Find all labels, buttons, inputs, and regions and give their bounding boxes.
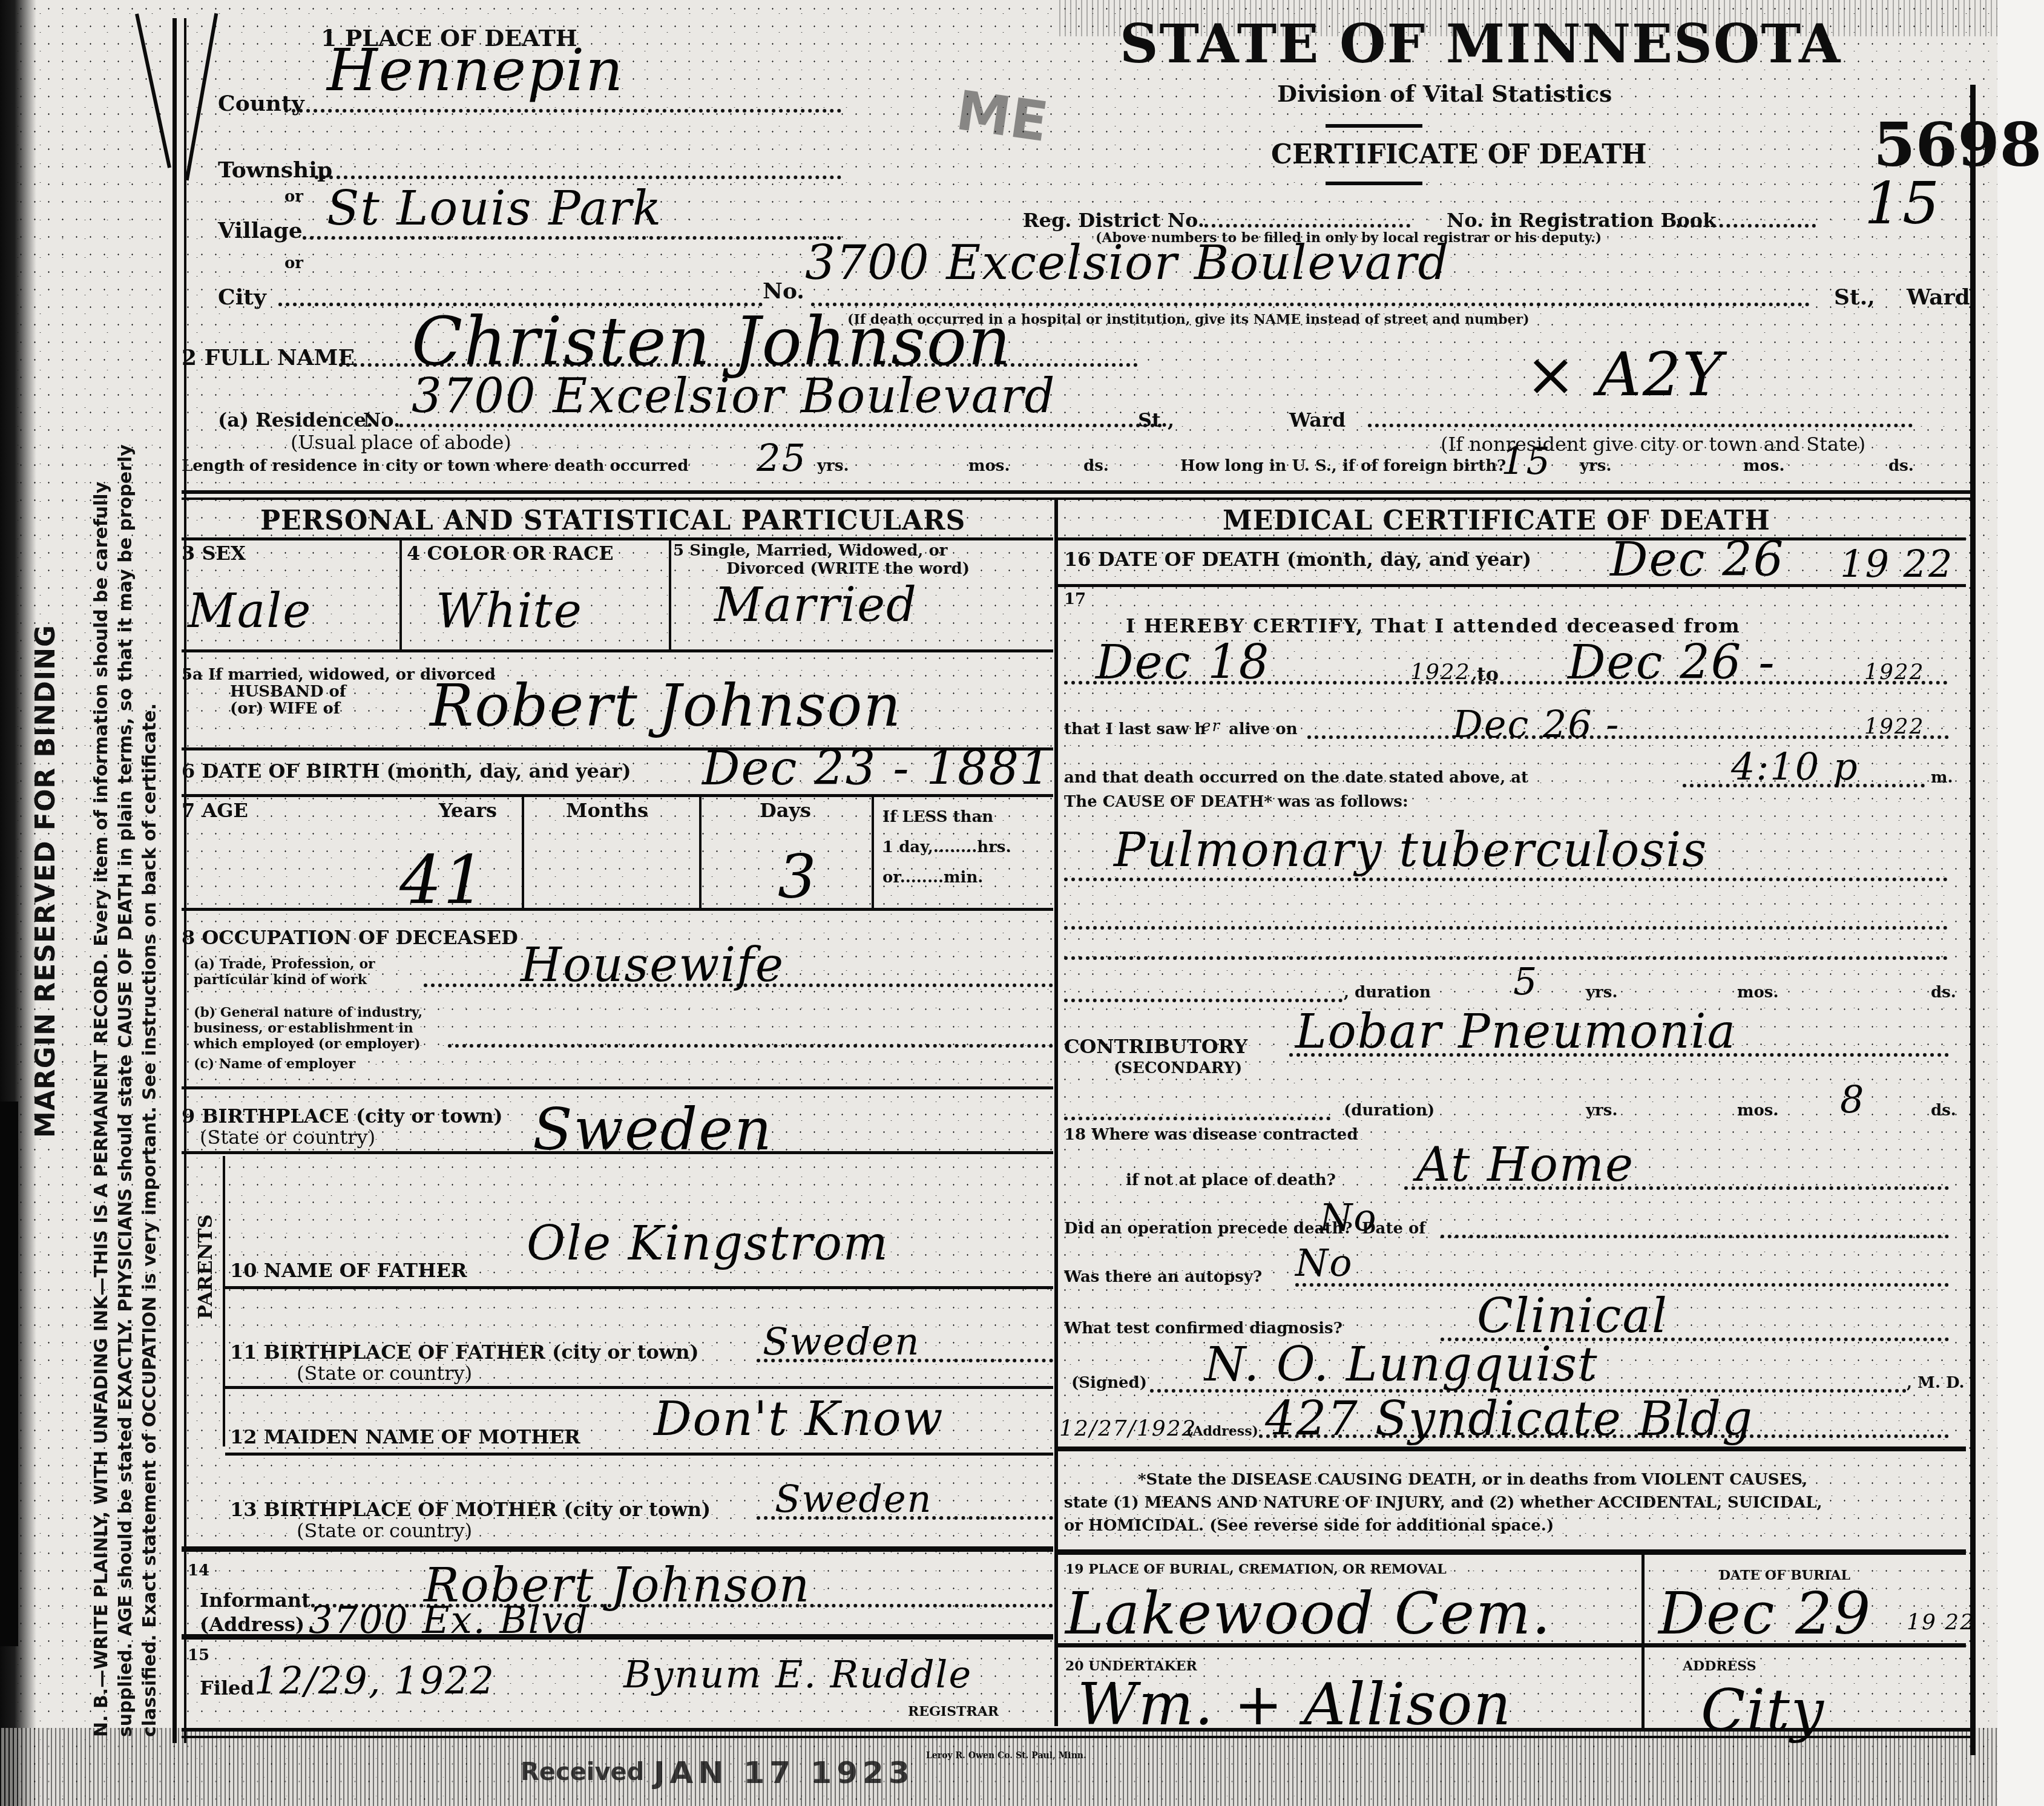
occupation-b-line [448,1044,1053,1048]
footnote-2: state (1) MEANS AND NATURE OF INJURY, an… [1064,1494,1822,1512]
undertaker-value: Wm. + Allison [1077,1670,1512,1738]
md-label: , M. D. [1907,1374,1965,1392]
secondary-label: (SECONDARY) [1114,1059,1242,1077]
duration2-lead-line [1064,1117,1330,1120]
rule [182,794,1053,797]
rule [182,1086,1053,1089]
title-rule [1326,124,1422,128]
item-18-label: 18 Where was disease contracted [1064,1126,1358,1144]
column-divider [1054,497,1058,1726]
frame-left-inner [184,18,186,1743]
street-ward-label: Ward [1907,284,1970,310]
cause-line-3 [1064,956,1948,960]
length-yrs-label: yrs. [817,457,849,475]
us-ds-label: ds. [1888,457,1914,475]
residence-line [399,424,1162,427]
dod-value: Dec 26 [1610,533,1784,587]
burial-divider [1641,1552,1645,1731]
burial-place-value: Lakewood Cem. [1065,1580,1552,1647]
title-rule [1326,182,1422,185]
informant-number: 14 [188,1561,209,1580]
length-mos-label: mos. [968,457,1010,475]
less-label-3: or........min. [882,869,983,887]
length-ds-label: ds. [1083,457,1109,475]
dob-label: 6 DATE OF BIRTH (month, day, and year) [182,760,631,783]
us-yrs-label: yrs. [1580,457,1612,475]
last-saw-line [1307,735,1949,739]
header-divider [182,490,1973,494]
marital-label-2: Divorced (WRITE the word) [726,560,970,578]
residence-st-label: St., [1138,409,1174,432]
township-line [315,176,841,179]
filed-label: Filed [200,1676,254,1699]
cause-label: The CAUSE OF DEATH* was as follows: [1064,793,1408,811]
mother-bp-sub: (State or country) [297,1519,472,1542]
date-of-label: Date of [1362,1220,1426,1238]
village-line [303,236,841,240]
duration-lead-line [1064,999,1342,1002]
filed-number: 15 [188,1646,209,1664]
personal-heading: PERSONAL AND STATISTICAL PARTICULARS [260,505,965,536]
or-label: or [284,254,303,272]
dod-label: 16 DATE OF DEATH (month, day, and year) [1064,548,1531,571]
us-residence-value: 15 [1501,439,1551,483]
us-mos-label: mos. [1743,457,1785,475]
filed-value: 12/29, 1922 [254,1658,495,1703]
father-label: 10 NAME OF FATHER [230,1259,467,1282]
frame-left-outer [173,18,177,1743]
margin-instruction-1: N. B.—WRITE PLAINLY, WITH UNFADING INK—T… [91,482,112,1737]
footnote-1: *State the DISEASE CAUSING DEATH, or in … [1138,1471,1807,1489]
occupation-label: 8 OCCUPATION OF DECEASED [182,926,518,949]
rule [225,1453,1053,1456]
duration-ds: ds. [1931,983,1956,1002]
marital-value: Married [714,578,918,632]
parents-label: PARENTS [194,1214,217,1319]
signed-label: (Signed) [1071,1374,1147,1392]
informant-address-label: (Address) [200,1613,304,1636]
dod-year: 19 22 [1840,542,1954,586]
marital-label-1: 5 Single, Married, Widowed, or [673,542,948,560]
duration2-label: (duration) [1344,1102,1434,1120]
received-stamp-date: JAN 17 1923 [654,1755,915,1790]
date-of-line [1441,1235,1949,1238]
rule-thick [1058,1549,1966,1555]
cause-value: Pulmonary tuberculosis [1114,823,1707,878]
father-bp-value: Sweden [763,1319,921,1364]
contributory-label: CONTRIBUTORY [1064,1035,1247,1058]
contracted-value: At Home [1416,1138,1634,1192]
occupation-c-label: (c) Name of employer [194,1056,355,1072]
not-at-place-label: if not at place of death? [1126,1171,1336,1189]
reg-district-label: Reg. District No. [1023,209,1204,232]
rule-thick [1058,1446,1966,1451]
reg-district-line [1204,224,1410,228]
street-no-label: No. [763,278,804,304]
undertaker-address-label: ADDRESS [1683,1658,1756,1674]
signed-date: 12/27/1922 [1059,1416,1197,1441]
rule [182,537,1053,540]
burial-place-label: 19 PLACE OF BURIAL, CREMATION, OR REMOVA… [1065,1561,1447,1577]
father-bp-label: 11 BIRTHPLACE OF FATHER (city or town) [230,1341,699,1364]
medical-heading: MEDICAL CERTIFICATE OF DEATH [1223,505,1770,536]
footnote-3: or HOMICIDAL. (See reverse side for addi… [1064,1517,1554,1535]
informant-label: Informant [200,1589,311,1612]
duration2-yrs: yrs. [1586,1102,1618,1120]
cause-line-2 [1064,926,1948,930]
frame-right [1970,85,1976,1755]
cell-divider [669,540,671,649]
alive-on-label: alive on [1229,720,1298,738]
age-label: 7 AGE [182,799,248,822]
received-stamp-label: Received [521,1758,644,1786]
mother-bp-label: 13 BIRTHPLACE OF MOTHER (city or town) [230,1498,711,1521]
test-label: What test confirmed diagnosis? [1064,1319,1342,1338]
burial-date-year: 19 22 [1907,1610,1975,1635]
registrar-label: REGISTRAR [908,1704,999,1719]
autopsy-line [1295,1283,1949,1287]
street-st-label: St., [1834,284,1875,310]
margin-instruction-3: classified. Exact statement of OCCUPATIO… [139,703,160,1737]
cell-divider [872,796,874,911]
reg-book-line [1677,224,1816,228]
reg-book-label: No. in Registration Book [1447,209,1716,232]
rule [182,908,1053,911]
parents-divider [223,1156,225,1446]
county-line [284,109,841,113]
county-value: Hennepin [327,36,624,104]
scan-noise-bottom [0,1728,1997,1806]
margin-instruction-2: supplied. AGE should be stated EXACTLY. … [115,444,136,1737]
last-saw-year: 1922 [1864,714,1925,739]
rule [1058,584,1966,587]
age-years-label: Years [439,799,497,822]
rule [1058,537,1966,540]
mother-bp-value: Sweden [775,1477,933,1521]
village-label: Village [218,218,303,243]
contributory-days: 8 [1840,1077,1865,1121]
spouse-value: Robert Johnson [430,672,902,740]
father-bp-sub: (State or country) [297,1362,472,1385]
duration-label: , duration [1344,983,1431,1002]
age-days-label: Days [760,799,811,822]
division-title: Division of Vital Statistics [1277,80,1612,107]
death-time-m: m. [1931,769,1953,787]
duration-years: 5 [1513,959,1538,1003]
physician-address-label: (Address) [1186,1423,1258,1439]
reg-note: (Above numbers to be filled in only by l… [1096,230,1602,246]
dob-value: Dec 23 - 1881 [702,741,1051,796]
occupation-a-label: (a) Trade, Profession, or particular kin… [194,956,424,988]
age-years-value: 41 [399,841,487,919]
registrar-stamp: ME [952,79,1051,154]
residence-ward-label: Ward [1289,409,1346,432]
duration-mos: mos. [1737,983,1779,1002]
residence-no-label: No. [363,409,400,432]
birthplace-label: 9 BIRTHPLACE (city or town) [182,1105,503,1128]
birthplace-sub: (State or country) [200,1126,375,1149]
duration2-ds: ds. [1931,1102,1956,1120]
physician-address-value: 427 Syndicate Bldg [1265,1392,1753,1446]
last-saw-value: Dec 26 - [1453,702,1620,746]
death-time-label: and that death occurred on the date stat… [1064,769,1528,787]
death-time-value: 4:10 p [1731,744,1859,789]
state-title: STATE OF MINNESOTA [1120,12,1841,75]
attended-from-year: 1922, [1410,660,1479,685]
sex-value: Male [188,584,312,639]
operation-label: Did an operation precede death? [1064,1220,1353,1238]
undertaker-address-value: City [1701,1676,1825,1744]
length-residence-value: 25 [757,436,807,480]
mother-label: 12 MAIDEN NAME OF MOTHER [230,1425,580,1448]
rule-thick [182,1546,1053,1552]
reg-book-value: 15 [1864,169,1940,237]
age-days-value: 3 [778,841,818,912]
autopsy-label: Was there an autopsy? [1064,1268,1262,1286]
certify-text: I HEREBY CERTIFY, That I attended deceas… [1126,614,1741,637]
registrar-signature: Bynum E. Ruddle [623,1652,972,1696]
spouse-label-2: HUSBAND of [230,683,346,701]
cell-divider [399,540,402,649]
duration2-mos: mos. [1737,1102,1779,1120]
less-label-2: 1 day,........hrs. [882,838,1011,856]
burial-date-value: Dec 29 [1658,1580,1871,1647]
race-label: 4 COLOR OR RACE [407,542,614,565]
rule [182,1151,1053,1154]
spouse-label-3: (or) WIFE of [230,700,340,718]
attended-to-label: to [1477,663,1499,686]
full-name-label: 2 FULL NAME [182,345,355,370]
cell-divider [522,796,524,911]
duration-yrs: yrs. [1586,983,1618,1002]
race-value: White [436,584,583,639]
physician-signature: N. O. Lungquist [1204,1338,1599,1392]
cell-divider [699,796,702,911]
father-value: Ole Kingstrom [527,1217,889,1271]
usual-place-note: (Usual place of abode) [291,431,511,454]
length-residence-label: Length of residence in city or town wher… [182,457,688,475]
attended-to-value: Dec 26 - [1568,635,1776,690]
rule [182,649,1053,652]
rule [1058,1643,1966,1647]
scan-shadow-left-lower [0,1102,18,1646]
registrar-mark: × A2Y [1525,339,1723,410]
mother-value: Don't Know [654,1392,944,1446]
item-17: 17 [1064,590,1086,608]
sex-label: 3 SEX [182,542,246,565]
city-label: City [218,284,266,310]
less-label-1: If LESS than [882,808,993,826]
or-label: or [284,188,303,206]
last-saw-label: that I last saw h [1064,720,1206,738]
attended-to-year: 1922 [1864,660,1925,685]
contributory-value: Lobar Pneumonia [1295,1005,1737,1059]
rule [225,1386,1053,1389]
nonresident-line [1368,424,1913,427]
attended-from-value: Dec 18 [1096,635,1270,690]
last-saw-pronoun: er [1201,717,1221,735]
margin-binding-label: MARGIN RESERVED FOR BINDING [30,625,61,1138]
full-name-value: Christen Johnson [412,303,1012,380]
us-residence-label: How long in U. S., if of foreign birth? [1180,457,1506,475]
cause-line-1 [1064,878,1948,881]
village-value: St Louis Park [327,182,662,236]
scan-edge [1997,0,2044,1806]
residence-value: 3700 Excelsior Boulevard [412,369,1056,424]
test-value: Clinical [1477,1289,1668,1344]
occupation-b-label: (b) General nature of industry, business… [194,1005,448,1052]
certificate-title: CERTIFICATE OF DEATH [1271,139,1646,170]
autopsy-value: No [1295,1241,1353,1285]
age-months-label: Months [566,799,648,822]
rule-thick [182,1634,1053,1640]
printer-imprint: Leroy R. Owen Co. St. Paul, Minn. [926,1751,1086,1761]
header-divider-2 [182,497,1973,500]
residence-label: (a) Residence. [218,409,373,432]
occupation-a-value: Housewife [521,938,784,993]
rule [225,1286,1053,1289]
